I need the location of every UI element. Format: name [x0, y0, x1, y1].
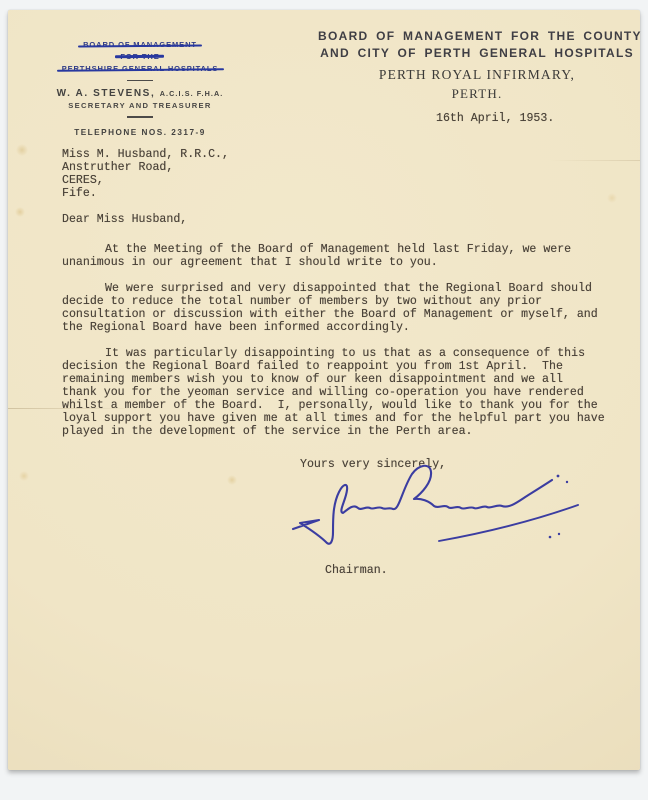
paragraph-1: At the Meeting of the Board of Managemen…: [62, 243, 632, 269]
divider-rule: [127, 116, 153, 117]
officer-qualifications: A.C.I.S. F.H.A.: [160, 89, 224, 98]
letter-document: BOARD OF MANAGEMENT FOR THE PERTHSHIRE G…: [8, 10, 640, 770]
letterhead-right: BOARD OF MANAGEMENT FOR THE COUNTY AND C…: [318, 28, 636, 125]
struck-out-org-line: PERTHSHIRE GENERAL HOSPITALS: [62, 64, 219, 74]
paragraph-2: We were surprised and very disappointed …: [62, 282, 632, 334]
paper-fold-crease: [550, 160, 640, 161]
address-city: PERTH.: [318, 84, 636, 103]
organisation-name-line2: AND CITY OF PERTH GENERAL HOSPITALS: [318, 45, 636, 62]
letter-date: 16th April, 1953.: [436, 112, 636, 125]
letterhead-left: BOARD OF MANAGEMENT FOR THE PERTHSHIRE G…: [40, 38, 240, 137]
officer-title: Secretary and Treasurer: [40, 101, 240, 110]
organisation-name-line1: BOARD OF MANAGEMENT FOR THE COUNTY: [318, 28, 636, 45]
officer-name-text: W. A. STEVENS,: [57, 88, 156, 99]
divider-rule: [127, 80, 153, 81]
signature-ink: [288, 462, 602, 558]
officer-name: W. A. STEVENS, A.C.I.S. F.H.A.: [40, 88, 240, 99]
signer-title: Chairman.: [325, 564, 388, 577]
paragraph-3: It was particularly disappointing to us …: [62, 347, 632, 438]
salutation: Dear Miss Husband,: [62, 213, 187, 226]
letter-body: At the Meeting of the Board of Managemen…: [62, 243, 632, 451]
struck-out-org-line: BOARD OF MANAGEMENT: [83, 40, 197, 50]
struck-out-org-line: FOR THE: [120, 52, 159, 62]
recipient-address: Miss M. Husband, R.R.C., Anstruther Road…: [62, 148, 229, 200]
address-infirmary: PERTH ROYAL INFIRMARY,: [318, 66, 636, 84]
scanned-letter-page: { "letterhead": { "struck_lines": ["BOAR…: [0, 0, 648, 800]
telephone-number: Telephone Nos. 2317-9: [40, 128, 240, 137]
